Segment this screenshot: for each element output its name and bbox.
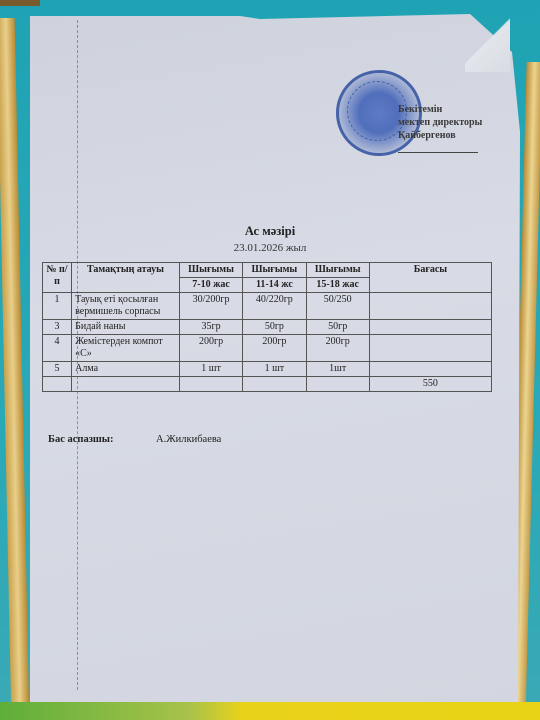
header-age-7-10: 7-10 жас xyxy=(179,278,242,293)
row-yield-7-10: 1 шт xyxy=(179,362,242,377)
row-dish-name: Алма xyxy=(72,362,180,377)
row-price xyxy=(369,335,491,362)
row-yield-7-10: 200гр xyxy=(179,335,242,362)
row-yield-11-14: 200гр xyxy=(243,335,306,362)
row-number: 4 xyxy=(43,335,72,362)
document-title: Ас мәзірі xyxy=(0,224,540,239)
table-total-row: 550 xyxy=(43,377,492,392)
header-yield-1: Шығымы xyxy=(179,263,242,278)
folded-corner xyxy=(465,12,510,72)
menu-table: № п/п Тамақтың атауы Шығымы Шығымы Шығым… xyxy=(42,262,492,392)
approval-block: Бекітемін мектеп директоры Қайбергенов xyxy=(398,103,482,153)
background-decor xyxy=(0,0,40,6)
empty-cell xyxy=(243,377,306,392)
row-yield-11-14: 1 шт xyxy=(243,362,306,377)
row-yield-7-10: 30/200гр xyxy=(179,293,242,320)
document-date: 23.01.2026 жыл xyxy=(0,242,540,254)
approval-line-3: Қайбергенов xyxy=(398,129,482,142)
empty-cell xyxy=(43,377,72,392)
empty-cell xyxy=(72,377,180,392)
row-price xyxy=(369,293,491,320)
table-row: 4Жемістерден компот «С»200гр200гр200гр xyxy=(43,335,492,362)
signature-footer: Бас аспазшы: А.Жилкибаева xyxy=(48,434,113,445)
row-yield-15-18: 50/250 xyxy=(306,293,369,320)
approval-line-1: Бекітемін xyxy=(398,103,482,116)
empty-cell xyxy=(179,377,242,392)
row-yield-11-14: 40/220гр xyxy=(243,293,306,320)
header-number: № п/п xyxy=(43,263,72,293)
row-yield-15-18: 50гр xyxy=(306,320,369,335)
frame-left-rail xyxy=(0,18,29,720)
header-age-15-18: 15-18 жас xyxy=(306,278,369,293)
total-price: 550 xyxy=(369,377,491,392)
header-yield-3: Шығымы xyxy=(306,263,369,278)
chef-role-label: Бас аспазшы: xyxy=(48,434,113,445)
signature-line xyxy=(398,144,478,153)
row-yield-11-14: 50гр xyxy=(243,320,306,335)
row-yield-15-18: 200гр xyxy=(306,335,369,362)
table-row: 5Алма1 шт1 шт1шт xyxy=(43,362,492,377)
row-number: 1 xyxy=(43,293,72,320)
row-dish-name: Жемістерден компот «С» xyxy=(72,335,180,362)
row-dish-name: Бидай наны xyxy=(72,320,180,335)
row-dish-name: Тауық еті қосылған вермишель сорпасы xyxy=(72,293,180,320)
row-yield-15-18: 1шт xyxy=(306,362,369,377)
chef-name: А.Жилкибаева xyxy=(156,434,221,445)
background-decor-bottom xyxy=(0,702,540,720)
header-yield-2: Шығымы xyxy=(243,263,306,278)
empty-cell xyxy=(306,377,369,392)
header-price: Бағасы xyxy=(369,263,491,293)
row-yield-7-10: 35гр xyxy=(179,320,242,335)
table-header-row: № п/п Тамақтың атауы Шығымы Шығымы Шығым… xyxy=(43,263,492,278)
table-row: 3Бидай наны35гр50гр50гр xyxy=(43,320,492,335)
row-price xyxy=(369,320,491,335)
approval-line-2: мектеп директоры xyxy=(398,116,482,129)
header-dish-name: Тамақтың атауы xyxy=(72,263,180,293)
row-price xyxy=(369,362,491,377)
header-age-11-14: 11-14 жс xyxy=(243,278,306,293)
row-number: 3 xyxy=(43,320,72,335)
table-row: 1Тауық еті қосылған вермишель сорпасы30/… xyxy=(43,293,492,320)
row-number: 5 xyxy=(43,362,72,377)
